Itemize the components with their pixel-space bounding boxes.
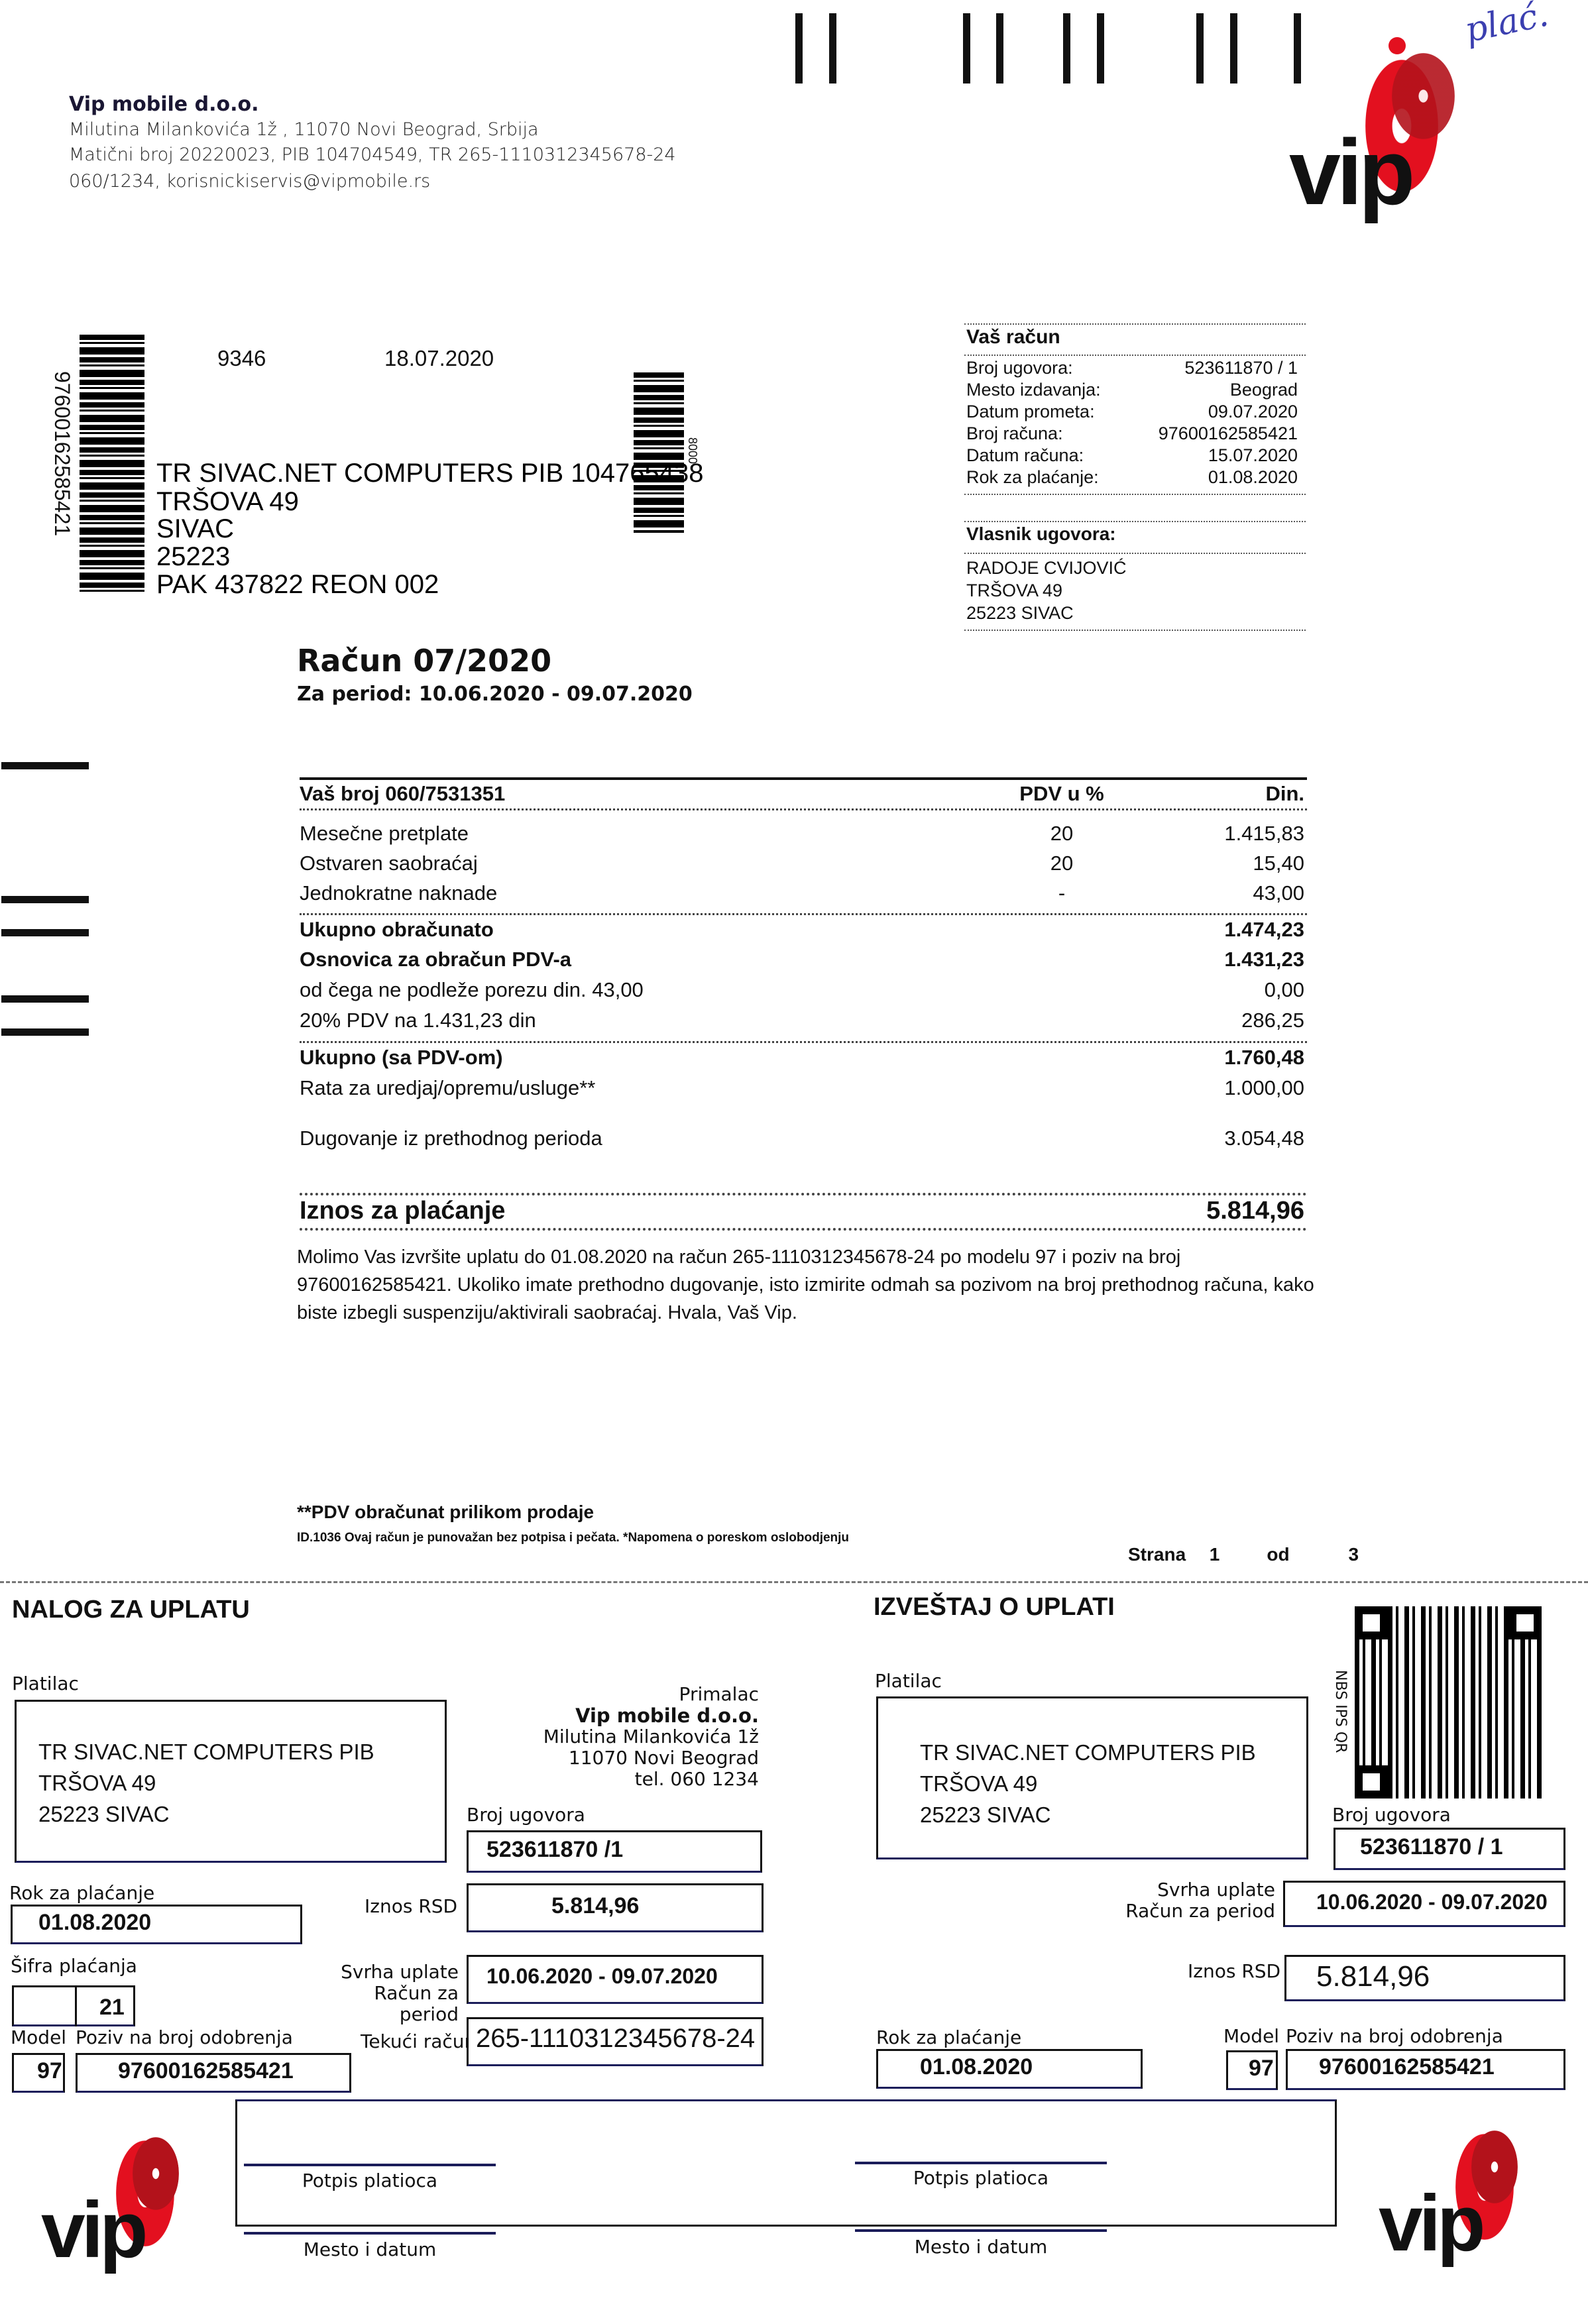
payee-line-2: 11070 Novi Beograd: [569, 1747, 759, 1769]
amount-value: 5.814,96: [551, 1893, 639, 1919]
report-amount-label: Iznos RSD: [1188, 1960, 1280, 1982]
payee-name: Vip mobile d.o.o.: [575, 1704, 759, 1727]
barcode-left-number: 97600162585421: [50, 371, 74, 536]
payer-line-1: TR SIVAC.NET COMPUTERS PIB: [38, 1740, 374, 1765]
signature-box: [235, 2099, 1337, 2227]
report-reference-value: 97600162585421: [1319, 2054, 1495, 2080]
edge-mark: [1, 995, 89, 1003]
report-signature-label: Potpis platioca: [855, 2167, 1107, 2189]
reference-label: Poziv na broj odobrenja: [76, 2026, 293, 2048]
recipient-line-2: TRŠOVA 49: [156, 487, 299, 517]
payee-line-3: tel. 060 1234: [635, 1768, 759, 1790]
barcode-right: [634, 372, 684, 533]
recipient-line-5: PAK 437822 REON 002: [156, 570, 439, 600]
payer-line-2: TRŠOVA 49: [38, 1771, 156, 1796]
vat-footnote: **PDV obračunat prilikom prodaje: [297, 1502, 594, 1523]
edge-mark: [1, 929, 89, 936]
page-indicator: Strana 1 od 3: [1128, 1544, 1359, 1565]
qr-code[interactable]: [1355, 1606, 1542, 1798]
account-label: Tekući račun: [361, 2030, 476, 2052]
report-place-date-label: Mesto i datum: [855, 2236, 1107, 2258]
mailing-date: 18.07.2020: [384, 346, 494, 371]
account-info-title: Vaš račun: [966, 326, 1060, 349]
model-value: 97: [37, 2058, 62, 2084]
payer-line-3: 25223 SIVAC: [38, 1802, 170, 1827]
payer-label: Platilac: [12, 1673, 79, 1694]
payment-order-title: NALOG ZA UPLATU: [12, 1596, 250, 1624]
purpose-value: 10.06.2020 - 09.07.2020: [486, 1964, 718, 1989]
perforation-line: [0, 1581, 1588, 1583]
owner-city: 25223 SIVAC: [966, 603, 1074, 624]
report-due-value: 01.08.2020: [920, 2054, 1033, 2080]
report-contract-value: 523611870 / 1: [1360, 1834, 1503, 1860]
report-payer-line-3: 25223 SIVAC: [920, 1802, 1051, 1828]
edge-mark: [1, 896, 89, 903]
payment-code-label: Šifra plaćanja: [11, 1955, 137, 1977]
owner-street: TRŠOVA 49: [966, 581, 1062, 601]
recipient-line-1: TR SIVAC.NET COMPUTERS PIB 104765438: [156, 459, 704, 488]
report-payer-label: Platilac: [875, 1670, 942, 1692]
place-date-label: Mesto i datum: [244, 2239, 496, 2260]
info-row-contract: Broj ugovora:523611870 / 1: [966, 358, 1298, 378]
owner-title: Vlasnik ugovora:: [966, 524, 1116, 545]
logo-text: vip: [1289, 126, 1411, 219]
sender-name: Vip mobile d.o.o.: [69, 93, 258, 116]
edge-mark: [1, 1028, 89, 1036]
info-row-place: Mesto izdavanja:Beograd: [966, 380, 1298, 400]
vip-logo-bottom-right: vip: [1377, 2107, 1536, 2260]
report-reference-label: Poziv na broj odobrenja: [1286, 2025, 1503, 2047]
amount-label: Iznos RSD: [365, 1895, 457, 1917]
legal-footnote: ID.1036 Ovaj račun je punovažan bez potp…: [297, 1531, 849, 1545]
due-value: 01.08.2020: [38, 1910, 151, 1936]
owner-name: RADOJE CVIJOVIĆ: [966, 558, 1127, 579]
contract-value: 523611870 /1: [486, 1837, 623, 1863]
payee-line-1: Milutina Milankovića 1ž: [543, 1726, 759, 1747]
mailing-code: 9346: [217, 346, 266, 371]
reference-value: 97600162585421: [118, 2058, 294, 2084]
report-due-label: Rok za plaćanje: [876, 2026, 1021, 2048]
info-row-due-date: Rok za plaćanje:01.08.2020: [966, 467, 1298, 488]
info-row-invoice-date: Datum računa:15.07.2020: [966, 445, 1298, 466]
purpose-label: Svrha uplateRačun za period: [318, 1962, 459, 2025]
payment-instructions: Molimo Vas izvršite uplatu do 01.08.2020…: [297, 1243, 1331, 1327]
payment-report-title: IZVEŠTAJ O UPLATI: [874, 1593, 1115, 1622]
vip-logo-bottom-left: vip: [40, 2114, 199, 2266]
table-top-rule: [300, 777, 1307, 780]
info-row-invoice-number: Broj računa:97600162585421: [966, 423, 1298, 444]
vip-logo-top: vip: [1286, 33, 1485, 212]
model-label: Model: [11, 2026, 66, 2048]
edge-mark: [1, 762, 89, 769]
invoice-period: Za period: 10.06.2020 - 09.07.2020: [297, 683, 693, 706]
report-purpose-value: 10.06.2020 - 09.07.2020: [1316, 1890, 1548, 1914]
payer-signature-label: Potpis platioca: [244, 2170, 496, 2191]
report-purpose-label: Svrha uplateRačun za period: [1100, 1879, 1275, 1922]
payee-label: Primalac: [679, 1683, 759, 1705]
contract-label: Broj ugovora: [467, 1804, 585, 1826]
sender-address: Milutina Milankovića 1ž , 11070 Novi Beo…: [69, 119, 539, 140]
report-model-label: Model: [1223, 2025, 1279, 2047]
account-value: 265-1110312345678-24: [476, 2024, 755, 2054]
due-label: Rok za plaćanje: [9, 1882, 154, 1904]
recipient-line-3: SIVAC: [156, 514, 234, 544]
qr-label: NBS IPS QR: [1332, 1670, 1349, 1753]
payment-code-value: 21: [99, 1995, 125, 2020]
sender-ids: Matični broj 20220023, PIB 104704549, TR…: [69, 144, 676, 165]
report-payer-line-2: TRŠOVA 49: [920, 1771, 1037, 1797]
report-amount-value: 5.814,96: [1316, 1960, 1430, 1993]
sender-contact: 060/1234, korisnickiservis@vipmobile.rs: [69, 171, 430, 192]
report-contract-label: Broj ugovora: [1332, 1804, 1451, 1826]
invoice-title: Račun 07/2020: [297, 643, 551, 679]
report-model-value: 97: [1249, 2056, 1274, 2081]
report-payer-line-1: TR SIVAC.NET COMPUTERS PIB: [920, 1740, 1256, 1765]
info-row-turnover-date: Datum prometa:09.07.2020: [966, 402, 1298, 422]
recipient-line-4: 25223: [156, 542, 230, 572]
barcode-left: [80, 335, 144, 593]
